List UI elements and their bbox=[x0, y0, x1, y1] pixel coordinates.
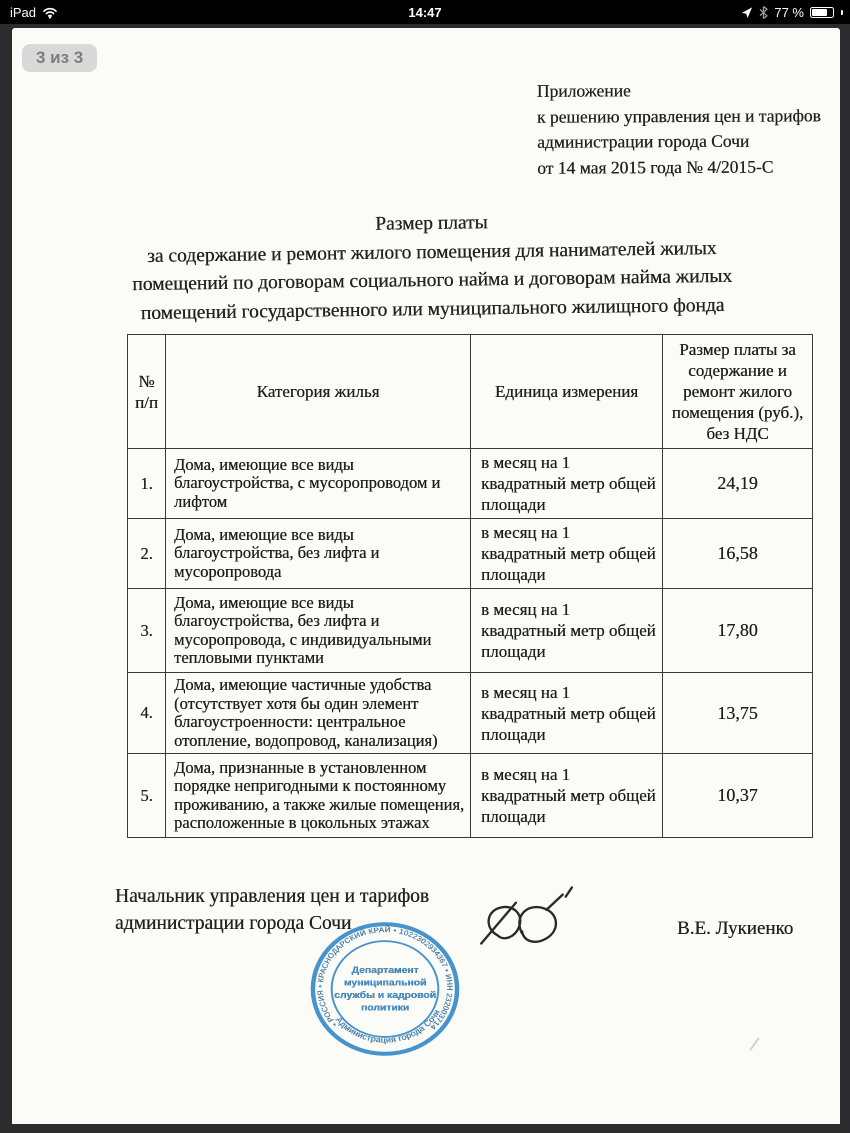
row-rate: 16,58 bbox=[663, 519, 813, 589]
header-line: администрации города Сочи bbox=[537, 128, 832, 155]
header-line: к решению управления цен и тарифов bbox=[537, 103, 832, 130]
battery-percent-label: 77 % bbox=[774, 5, 804, 20]
handwritten-signature bbox=[467, 884, 579, 950]
battery-nub bbox=[841, 10, 843, 15]
row-number: 4. bbox=[128, 673, 166, 754]
signatory-name: В.Е. Лукиенко bbox=[677, 918, 793, 940]
battery-fill bbox=[812, 9, 827, 16]
page-indicator-badge: 3 из 3 bbox=[22, 44, 97, 72]
row-number: 2. bbox=[128, 519, 166, 589]
row-unit: в месяц на 1 квадратный метр общей площа… bbox=[471, 754, 663, 838]
table-row: 3. Дома, имеющие все виды благоустройств… bbox=[128, 589, 813, 673]
col-header-category: Категория жилья bbox=[166, 335, 471, 449]
table-row: 5. Дома, признанные в установленном поря… bbox=[128, 754, 813, 838]
clock: 14:47 bbox=[408, 5, 441, 20]
table-row: 1. Дома, имеющие все виды благоустройств… bbox=[128, 449, 813, 519]
status-bar: iPad 14:47 77 % bbox=[0, 0, 850, 24]
stamp-center-line: муниципальной bbox=[344, 978, 427, 988]
page-indicator-label: 3 из 3 bbox=[36, 48, 83, 67]
row-number: 1. bbox=[128, 449, 166, 519]
rates-table: № п/п Категория жилья Единица измерения … bbox=[127, 334, 813, 838]
signatory-post-line: Начальник управления цен и тарифов bbox=[115, 884, 429, 911]
document-title: Размер платы за содержание и ремонт жило… bbox=[61, 205, 803, 329]
header-line: Приложение bbox=[537, 77, 832, 104]
col-header-rate: Размер платы за содержание и ремонт жило… bbox=[663, 335, 813, 449]
row-category: Дома, имеющие частичные удобства (отсутс… bbox=[166, 673, 471, 754]
battery-icon bbox=[810, 7, 834, 18]
row-unit: в месяц на 1 квадратный метр общей площа… bbox=[471, 519, 663, 589]
stamp-ring-bottom-text: Администрация города Сочи bbox=[334, 1008, 442, 1045]
carrier-label: iPad bbox=[10, 5, 36, 20]
appendix-header: Приложение к решению управления цен и та… bbox=[537, 77, 833, 181]
col-header-unit: Единица измерения bbox=[471, 335, 663, 449]
bluetooth-icon bbox=[759, 6, 768, 19]
stamp-center-line: службы и кадровой bbox=[334, 990, 436, 1000]
document-content: Приложение к решению управления цен и та… bbox=[12, 28, 840, 1124]
row-category: Дома, признанные в установленном порядке… bbox=[166, 754, 471, 838]
row-number: 5. bbox=[128, 754, 166, 838]
table-header-row: № п/п Категория жилья Единица измерения … bbox=[128, 335, 813, 449]
row-rate: 10,37 bbox=[663, 754, 813, 838]
row-rate: 17,80 bbox=[663, 589, 813, 673]
svg-text:Администрация города Сочи: Администрация города Сочи bbox=[334, 1008, 442, 1045]
row-unit: в месяц на 1 квадратный метр общей площа… bbox=[471, 589, 663, 673]
row-unit: в месяц на 1 квадратный метр общей площа… bbox=[471, 673, 663, 754]
row-rate: 13,75 bbox=[663, 673, 813, 754]
col-header-number: № п/п bbox=[128, 335, 166, 449]
row-category: Дома, имеющие все виды благоустройства, … bbox=[166, 449, 471, 519]
row-category: Дома, имеющие все виды благоустройства, … bbox=[166, 519, 471, 589]
row-rate: 24,19 bbox=[663, 449, 813, 519]
document-page[interactable]: Приложение к решению управления цен и та… bbox=[12, 28, 840, 1124]
table-row: 4. Дома, имеющие частичные удобства (отс… bbox=[128, 673, 813, 754]
row-category: Дома, имеющие все виды благоустройства, … bbox=[166, 589, 471, 673]
wifi-icon bbox=[42, 6, 58, 19]
location-arrow-icon bbox=[741, 6, 753, 19]
pencil-mark bbox=[749, 1037, 759, 1050]
stamp-center-line: Департамент bbox=[351, 965, 418, 975]
row-number: 3. bbox=[128, 589, 166, 673]
table-row: 2. Дома, имеющие все виды благоустройств… bbox=[128, 519, 813, 589]
official-stamp: • РОССИЯ • КРАСНОДАРСКИЙ КРАЙ • 10223029… bbox=[306, 918, 464, 1060]
row-unit: в месяц на 1 квадратный метр общей площа… bbox=[471, 449, 663, 519]
header-line: от 14 мая 2015 года № 4/2015-С bbox=[537, 154, 832, 181]
stamp-center-line: политики bbox=[361, 1003, 409, 1013]
